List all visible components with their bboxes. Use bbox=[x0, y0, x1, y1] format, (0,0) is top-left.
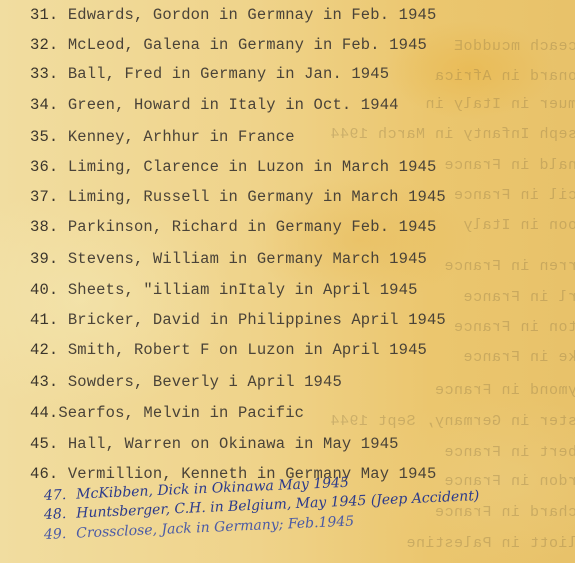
entry-number: 40. bbox=[30, 281, 58, 299]
entry-text: Edwards, Gordon in Germnay in Feb. 1945 bbox=[68, 6, 437, 24]
bleed-line: , Jake in France bbox=[415, 349, 575, 366]
list-item: 42. Smith, Robert F on Luzon in April 19… bbox=[30, 341, 427, 359]
bleed-line: , Raymond in France bbox=[415, 382, 575, 399]
entry-text: Hall, Warren on Okinawa in May 1945 bbox=[68, 435, 399, 453]
entry-number: 45. bbox=[30, 435, 58, 453]
entry-text: Liming, Russell in Germany in March 1945 bbox=[68, 188, 446, 206]
entry-number: 46. bbox=[30, 465, 58, 483]
bleed-line: , Amoon in Italy bbox=[415, 217, 575, 234]
bleed-line: , Warren in France bbox=[415, 258, 575, 275]
list-item: 31. Edwards, Gordon in Germnay in Feb. 1… bbox=[30, 6, 436, 24]
bleed-line: , Lester in Germany, Sept 1944 bbox=[415, 413, 575, 430]
bleed-line: nrylceach mcuddoE bbox=[415, 38, 575, 55]
list-item: 35. Kenney, Arhhur in France bbox=[30, 128, 295, 146]
bleed-line: , Leonard in Africa bbox=[415, 68, 575, 85]
entry-text: Kenney, Arhhur in France bbox=[68, 128, 295, 146]
bleed-line: , Joseph Infanty in March 1944 bbox=[415, 126, 575, 143]
entry-number: 38. bbox=[30, 218, 58, 236]
entry-text: Liming, Clarence in Luzon in March 1945 bbox=[68, 158, 437, 176]
bleed-line: , Earl in France bbox=[415, 289, 575, 306]
list-item: 41. Bricker, David in Philippines April … bbox=[30, 311, 446, 329]
list-item: 38. Parkinson, Richard in Germany Feb. 1… bbox=[30, 218, 436, 236]
entry-number: 44. bbox=[30, 404, 58, 422]
entry-number: 35. bbox=[30, 128, 58, 146]
entry-number: 47. bbox=[44, 487, 67, 504]
entry-text: Green, Howard in Italy in Oct. 1944 bbox=[68, 96, 399, 114]
bleed-line: , Donald in France bbox=[415, 157, 575, 174]
list-item: 39. Stevens, William in Germany March 19… bbox=[30, 250, 427, 268]
list-item: 40. Sheets, "illiam inItaly in April 194… bbox=[30, 281, 418, 299]
list-item: 32. McLeod, Galena in Germany in Feb. 19… bbox=[30, 36, 427, 54]
bleed-line: , Richard in France bbox=[415, 504, 575, 521]
entry-number: 43. bbox=[30, 373, 58, 391]
entry-number: 37. bbox=[30, 188, 58, 206]
list-item: 43. Sowders, Beverly i April 1945 bbox=[30, 373, 342, 391]
entry-number: 33. bbox=[30, 65, 58, 83]
entry-text: Stevens, William in Germany March 1945 bbox=[68, 250, 427, 268]
list-item: 45. Hall, Warren on Okinawa in May 1945 bbox=[30, 435, 399, 453]
entry-number: 31. bbox=[30, 6, 58, 24]
list-item: 44.Searfos, Melvin in Pacific bbox=[30, 404, 304, 422]
entry-text: Sheets, "illiam inItaly in April 1945 bbox=[68, 281, 418, 299]
entry-text: Parkinson, Richard in Germany Feb. 1945 bbox=[68, 218, 437, 236]
entry-number: 34. bbox=[30, 96, 58, 114]
entry-number: 39. bbox=[30, 250, 58, 268]
entry-text: McLeod, Galena in Germany in Feb. 1945 bbox=[68, 36, 427, 54]
list-item: 33. Ball, Fred in Germany in Jan. 1945 bbox=[30, 65, 389, 83]
bleed-line: , Robert in France bbox=[415, 444, 575, 461]
entry-number: 41. bbox=[30, 311, 58, 329]
bleed-line: , Elliott in Palestine bbox=[415, 535, 575, 552]
entry-text: Searfos, Melvin in Pacific bbox=[58, 404, 304, 422]
entry-text: Bricker, David in Philippines April 1945 bbox=[68, 311, 446, 329]
entry-number: 42. bbox=[30, 341, 58, 359]
bleed-line: , Lemuer in Italy in bbox=[415, 96, 575, 113]
entry-number: 36. bbox=[30, 158, 58, 176]
bleed-line: , Gordon in France bbox=[415, 473, 575, 490]
list-item: 34. Green, Howard in Italy in Oct. 1944 bbox=[30, 96, 399, 114]
entry-number: 32. bbox=[30, 36, 58, 54]
list-item: 36. Liming, Clarence in Luzon in March 1… bbox=[30, 158, 436, 176]
entry-text: Smith, Robert F on Luzon in April 1945 bbox=[68, 341, 427, 359]
entry-text: Ball, Fred in Germany in Jan. 1945 bbox=[68, 65, 389, 83]
entry-number: 48. bbox=[44, 506, 67, 523]
list-item: 37. Liming, Russell in Germany in March … bbox=[30, 188, 446, 206]
entry-number: 49. bbox=[44, 526, 67, 543]
entry-text: Sowders, Beverly i April 1945 bbox=[68, 373, 342, 391]
